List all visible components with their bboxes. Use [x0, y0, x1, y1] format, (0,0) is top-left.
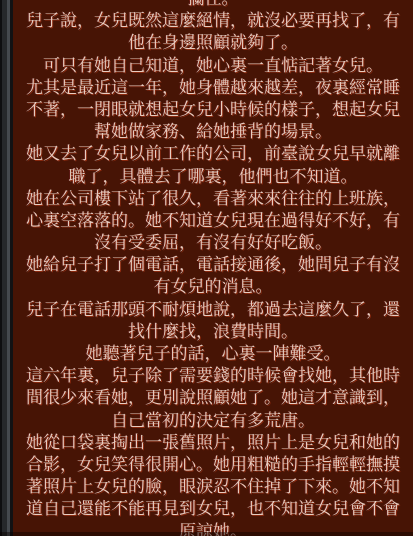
story-line: 道自己還能不能再見到女兒，也不知道女兒會不會 [13, 498, 413, 520]
story-line: 合影，女兒笑得很開心。她用粗糙的手指輕輕撫摸 [13, 454, 413, 476]
story-line: 可只有她自己知道，她心裏一直惦記著女兒。 [13, 55, 413, 77]
story-line: 原諒她。 [13, 521, 413, 536]
story-line: 尤其是最近這一年，她身體越來越差，夜裏經常睡 [13, 77, 413, 99]
story-line: 她在公司樓下站了很久，看著來來往往的上班族， [13, 188, 413, 210]
story-line: 她從口袋裏掏出一張舊照片，照片上是女兒和她的 [13, 432, 413, 454]
story-line: 攔住。 [13, 0, 413, 10]
story-line: 她給兒子打了個電話，電話接通後，她問兒子有沒 [13, 254, 413, 276]
game-window: { "app": { "type": "text-adventure-reade… [0, 0, 413, 536]
story-line: 他在身邊照顧就夠了。 [13, 32, 413, 54]
story-line: 幫她做家務、給她捶背的場景。 [13, 121, 413, 143]
story-line: 兒子在電話那頭不耐煩地說，都過去這麼久了，還 [13, 299, 413, 321]
story-line: 找什麼找，浪費時間。 [13, 321, 413, 343]
story-line: 自己當初的決定有多荒唐。 [13, 410, 413, 432]
story-line: 兒子說，女兒既然這麼絕情，就沒必要再找了，有 [13, 10, 413, 32]
story-line: 她聽著兒子的話，心裏一陣難受。 [13, 343, 413, 365]
story-pane[interactable]: 攔住。兒子說，女兒既然這麼絕情，就沒必要再找了，有他在身邊照顧就夠了。可只有她自… [13, 0, 413, 536]
story-text: 攔住。兒子說，女兒既然這麼絕情，就沒必要再找了，有他在身邊照顧就夠了。可只有她自… [13, 0, 413, 536]
story-line: 間很少來看她，更別說照顧她了。她這才意識到， [13, 387, 413, 409]
window-edge-rail [0, 0, 13, 536]
story-line: 這六年裏，兒子除了需要錢的時候會找她，其他時 [13, 365, 413, 387]
story-line: 沒有受委屈，有沒有好好吃飯。 [13, 232, 413, 254]
story-line: 職了，具體去了哪裏，他們也不知道。 [13, 166, 413, 188]
story-line: 她又去了女兒以前工作的公司，前臺說女兒早就離 [13, 143, 413, 165]
story-line: 有女兒的消息。 [13, 276, 413, 298]
story-line: 不著，一閉眼就想起女兒小時候的樣子，想起女兒 [13, 99, 413, 121]
story-line: 著照片上女兒的臉，眼淚忍不住掉了下來。她不知 [13, 476, 413, 498]
story-line: 心裏空落落的。她不知道女兒現在過得好不好，有 [13, 210, 413, 232]
